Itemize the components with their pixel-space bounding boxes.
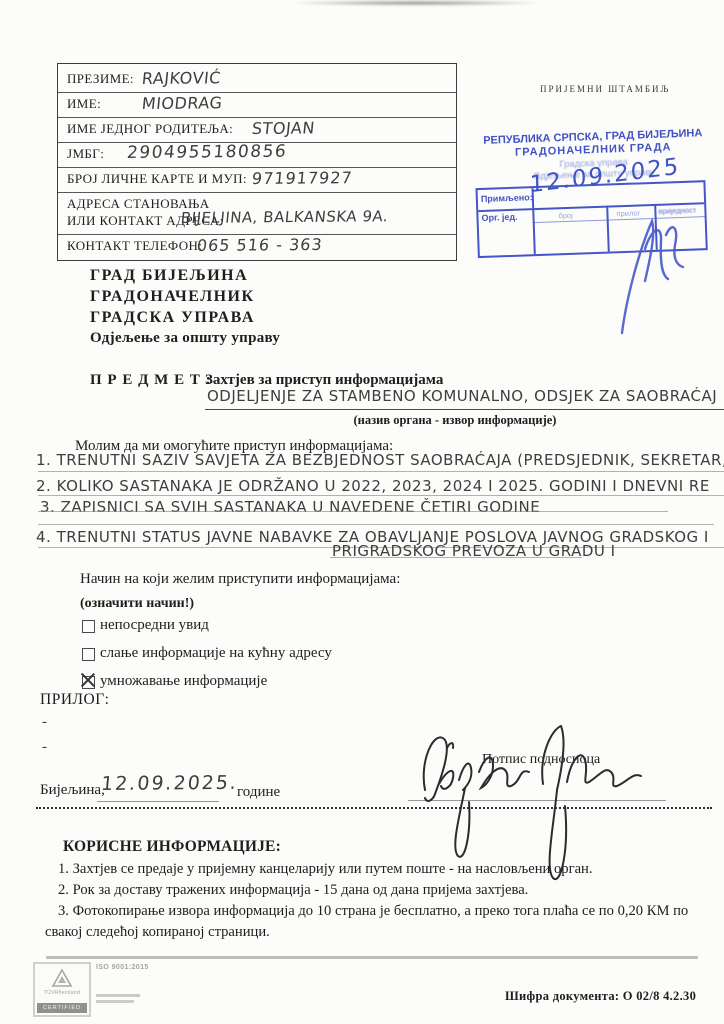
date-underline	[97, 801, 219, 802]
stamp-received-label: Примљено:	[481, 192, 533, 204]
blue-signature-scribble	[592, 183, 718, 338]
addressee-mayor: ГРАДОНАЧЕЛНИК	[90, 286, 280, 307]
date-handwritten: 12.09.2025.	[100, 772, 239, 795]
illegible-small-print	[96, 994, 140, 997]
request-item-1: 1. TRENUTNI SAZIV SAVJETA ZA BEZBJEDNOST…	[36, 451, 724, 470]
request-item-3: 3. ZAPISNICI SA SVIH SASTANAKA U NAVEDEN…	[40, 498, 700, 517]
address-value: BIJELJINA, BALKANSKA 9A.	[180, 207, 389, 227]
request-item-2: 2. KOLIKO SASTANAKA JE ODRŽANO U 2022, 2…	[36, 477, 724, 496]
info-item-3: 3. Фотокопирање извора информација до 10…	[45, 901, 709, 943]
surname-label: ПРЕЗИМЕ:	[67, 71, 134, 87]
checkbox-icon	[82, 648, 95, 661]
ruled-line	[38, 524, 714, 525]
table-row: ЈМБГ: 2904955180856	[58, 142, 456, 168]
illegible-small-print	[96, 1000, 134, 1003]
option-label: умножавање информације	[100, 673, 267, 690]
ruled-line	[38, 511, 668, 512]
jmbg-label: ЈМБГ:	[67, 146, 104, 162]
access-method-note: (означити начин!)	[80, 596, 194, 612]
iso-label: ISO 9001:2015	[96, 964, 149, 971]
document-code: Шифра документа: О 02/8 4.2.30	[505, 989, 696, 1004]
addressee-block: ГРАД БИЈЕЉИНА ГРАДОНАЧЕЛНИК ГРАДСКА УПРА…	[90, 265, 280, 349]
table-row: БРОЈ ЛИЧНЕ КАРТЕ И МУП: 971917927	[58, 167, 456, 193]
ruled-line	[330, 557, 582, 558]
table-row: КОНТАКТ ТЕЛЕФОН: 065 516 - 363	[58, 234, 456, 259]
stamp-col-org: Орг. јед.	[481, 212, 517, 223]
phone-value: 065 516 - 363	[196, 235, 324, 255]
option-label: слање информације на кућну адресу	[100, 645, 332, 662]
option-direct-inspection: непосредни увид	[0, 617, 400, 635]
option-label: непосредни увид	[100, 617, 209, 634]
attachment-dash: -	[42, 739, 47, 756]
request-item-4-continued: PRIGRADSKOG PREVOZA U GRADU I	[332, 542, 724, 561]
subject-underline	[205, 409, 724, 410]
surname-value: RAJKOVIĆ	[141, 68, 222, 88]
footer-divider	[46, 956, 698, 959]
id-card-value: 971917927	[251, 168, 354, 188]
addressee-administration: ГРАДСКА УПРАВА	[90, 307, 280, 328]
receipt-stamp-header: ПРИЈЕМНИ ШТАМБИЉ	[540, 84, 670, 94]
jmbg-value: 2904955180856	[126, 142, 288, 163]
table-row: ПРЕЗИМЕ: RAJKOVIĆ	[58, 64, 456, 93]
attachment-dash: -	[42, 714, 47, 731]
option-copying-information: умножавање информације	[0, 673, 400, 691]
table-row: АДРЕСА СТАНОВАЊА ИЛИ КОНТАКТ АДРЕСА: BIJ…	[58, 192, 456, 235]
tuv-triangle-icon	[51, 968, 73, 988]
ruled-line	[38, 471, 724, 472]
checkbox-icon	[82, 620, 95, 633]
addressee-city: ГРАД БИЈЕЉИНА	[90, 265, 280, 286]
access-method-intro: Начин на који желим приступити информаци…	[80, 571, 400, 588]
table-row: ИМЕ ЈЕДНОГ РОДИТЕЉА: STOJAN	[58, 117, 456, 143]
x-mark-icon	[79, 671, 97, 689]
useful-information-title: КОРИСНЕ ИНФОРМАЦИЈЕ:	[63, 838, 709, 856]
useful-information-block: КОРИСНЕ ИНФОРМАЦИЈЕ: 1. Захтјев се преда…	[45, 838, 709, 943]
applicant-info-table: ПРЕЗИМЕ: RAJKOVIĆ ИМЕ: MIODRAG ИМЕ ЈЕДНО…	[57, 63, 457, 261]
tuv-certification-logo: TÜVRheinland CERTIFIED	[33, 962, 91, 1017]
option-mail-to-home-address: слање информације на кућну адресу	[0, 645, 400, 663]
attachment-label: ПРИЛОГ:	[40, 691, 109, 709]
year-label: године	[237, 784, 280, 801]
place-name: Бијељина,	[40, 782, 105, 799]
tuv-brand-text: TÜVRheinland	[35, 990, 89, 996]
table-row: ИМЕ: MIODRAG	[58, 92, 456, 118]
info-item-2: 2. Рок за доставу тражених информација -…	[45, 880, 709, 901]
subject-caption: (назив органа - извор информације)	[300, 413, 610, 428]
document-page: ПРЕЗИМЕ: RAJKOVIĆ ИМЕ: MIODRAG ИМЕ ЈЕДНО…	[0, 0, 724, 1024]
phone-label: КОНТАКТ ТЕЛЕФОН:	[67, 238, 202, 254]
scan-artifact	[288, 0, 543, 6]
id-card-label: БРОЈ ЛИЧНЕ КАРТЕ И МУП:	[67, 171, 247, 187]
parent-name-value: STOJAN	[251, 118, 316, 138]
name-label: ИМЕ:	[67, 96, 101, 112]
subject-label: П Р Е Д М Е Т :	[90, 372, 212, 389]
ruled-line	[38, 495, 724, 496]
stamp-col-number: број	[558, 211, 573, 220]
subject-handwritten-authority: ODJELJENJE ZA STAMBENO KOMUNALNO, ODSJEK…	[207, 387, 724, 406]
tuv-certified-band: CERTIFIED	[37, 1003, 87, 1013]
info-item-1: 1. Захтјев се предаје у пријемну канцела…	[45, 859, 709, 880]
parent-name-label: ИМЕ ЈЕДНОГ РОДИТЕЉА:	[67, 121, 233, 137]
addressee-department: Одјељење за општу управу	[90, 328, 280, 349]
name-value: MIODRAG	[141, 93, 223, 113]
